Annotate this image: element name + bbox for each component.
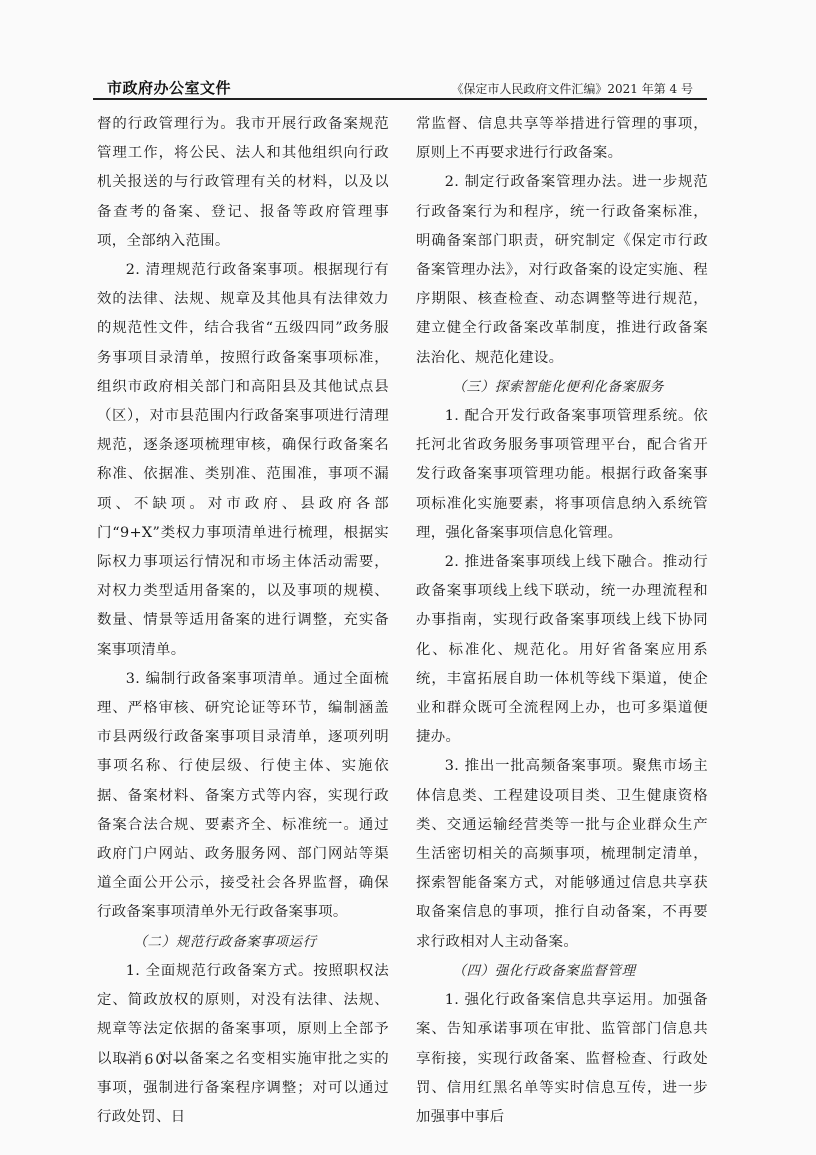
header-rule-divider [93, 98, 707, 100]
running-header: 市政府办公室文件 《保定市人民政府文件汇编》2021 年第 4 号 [93, 78, 707, 98]
section-heading-3: （三）探索智能化便利化备案服务 [416, 373, 708, 402]
paragraph-item-2-clean-up: 2. 清理规范行政备案事项。根据现行有效的法律、法规、规章及其他具有法律效力的规… [97, 256, 389, 665]
paragraph-item-1-system: 1. 配合开发行政备案事项管理系统。依托河北省政务服务事项管理平台，配合省开发行… [416, 402, 708, 548]
paragraph-item-2-management-measures: 2. 制定行政备案管理办法。进一步规范行政备案行为和程序，统一行政备案标准，明确… [416, 168, 708, 372]
left-column: 督的行政管理行为。我市开展行政备案规范管理工作，将公民、法人和其他组织向行政机关… [97, 110, 389, 1132]
page-number: — 60 — [122, 1052, 189, 1068]
paragraph-continuation: 督的行政管理行为。我市开展行政备案规范管理工作，将公民、法人和其他组织向行政机关… [97, 110, 389, 256]
section-heading-4: （四）强化行政备案监督管理 [416, 957, 708, 986]
paragraph-item-1-info-sharing: 1. 强化行政备案信息共享运用。加强备案、告知承诺事项在审批、监管部门信息共享衔… [416, 986, 708, 1132]
publication-title: 《保定市人民政府文件汇编》2021 年第 4 号 [451, 79, 693, 99]
paragraph-continuation: 常监督、信息共享等举措进行管理的事项，原则上不再要求进行行政备案。 [416, 110, 708, 168]
right-column: 常监督、信息共享等举措进行管理的事项，原则上不再要求进行行政备案。 2. 制定行… [416, 110, 708, 1132]
section-heading-2: （二）规范行政备案事项运行 [97, 928, 389, 957]
paragraph-item-2-online-offline: 2. 推进备案事项线上线下融合。推动行政备案事项线上线下联动，统一办理流程和办事… [416, 548, 708, 752]
paragraph-item-3-compile-list: 3. 编制行政备案事项清单。通过全面梳理、严格审核、研究论证等环节，编制涵盖市县… [97, 665, 389, 928]
paragraph-item-3-high-frequency: 3. 推出一批高频备案事项。聚焦市场主体信息类、工程建设项目类、卫生健康资格类、… [416, 752, 708, 956]
section-title: 市政府办公室文件 [107, 78, 231, 98]
paragraph-item-1-standardize: 1. 全面规范行政备案方式。按照职权法定、简政放权的原则，对没有法律、法规、规章… [97, 957, 389, 1132]
